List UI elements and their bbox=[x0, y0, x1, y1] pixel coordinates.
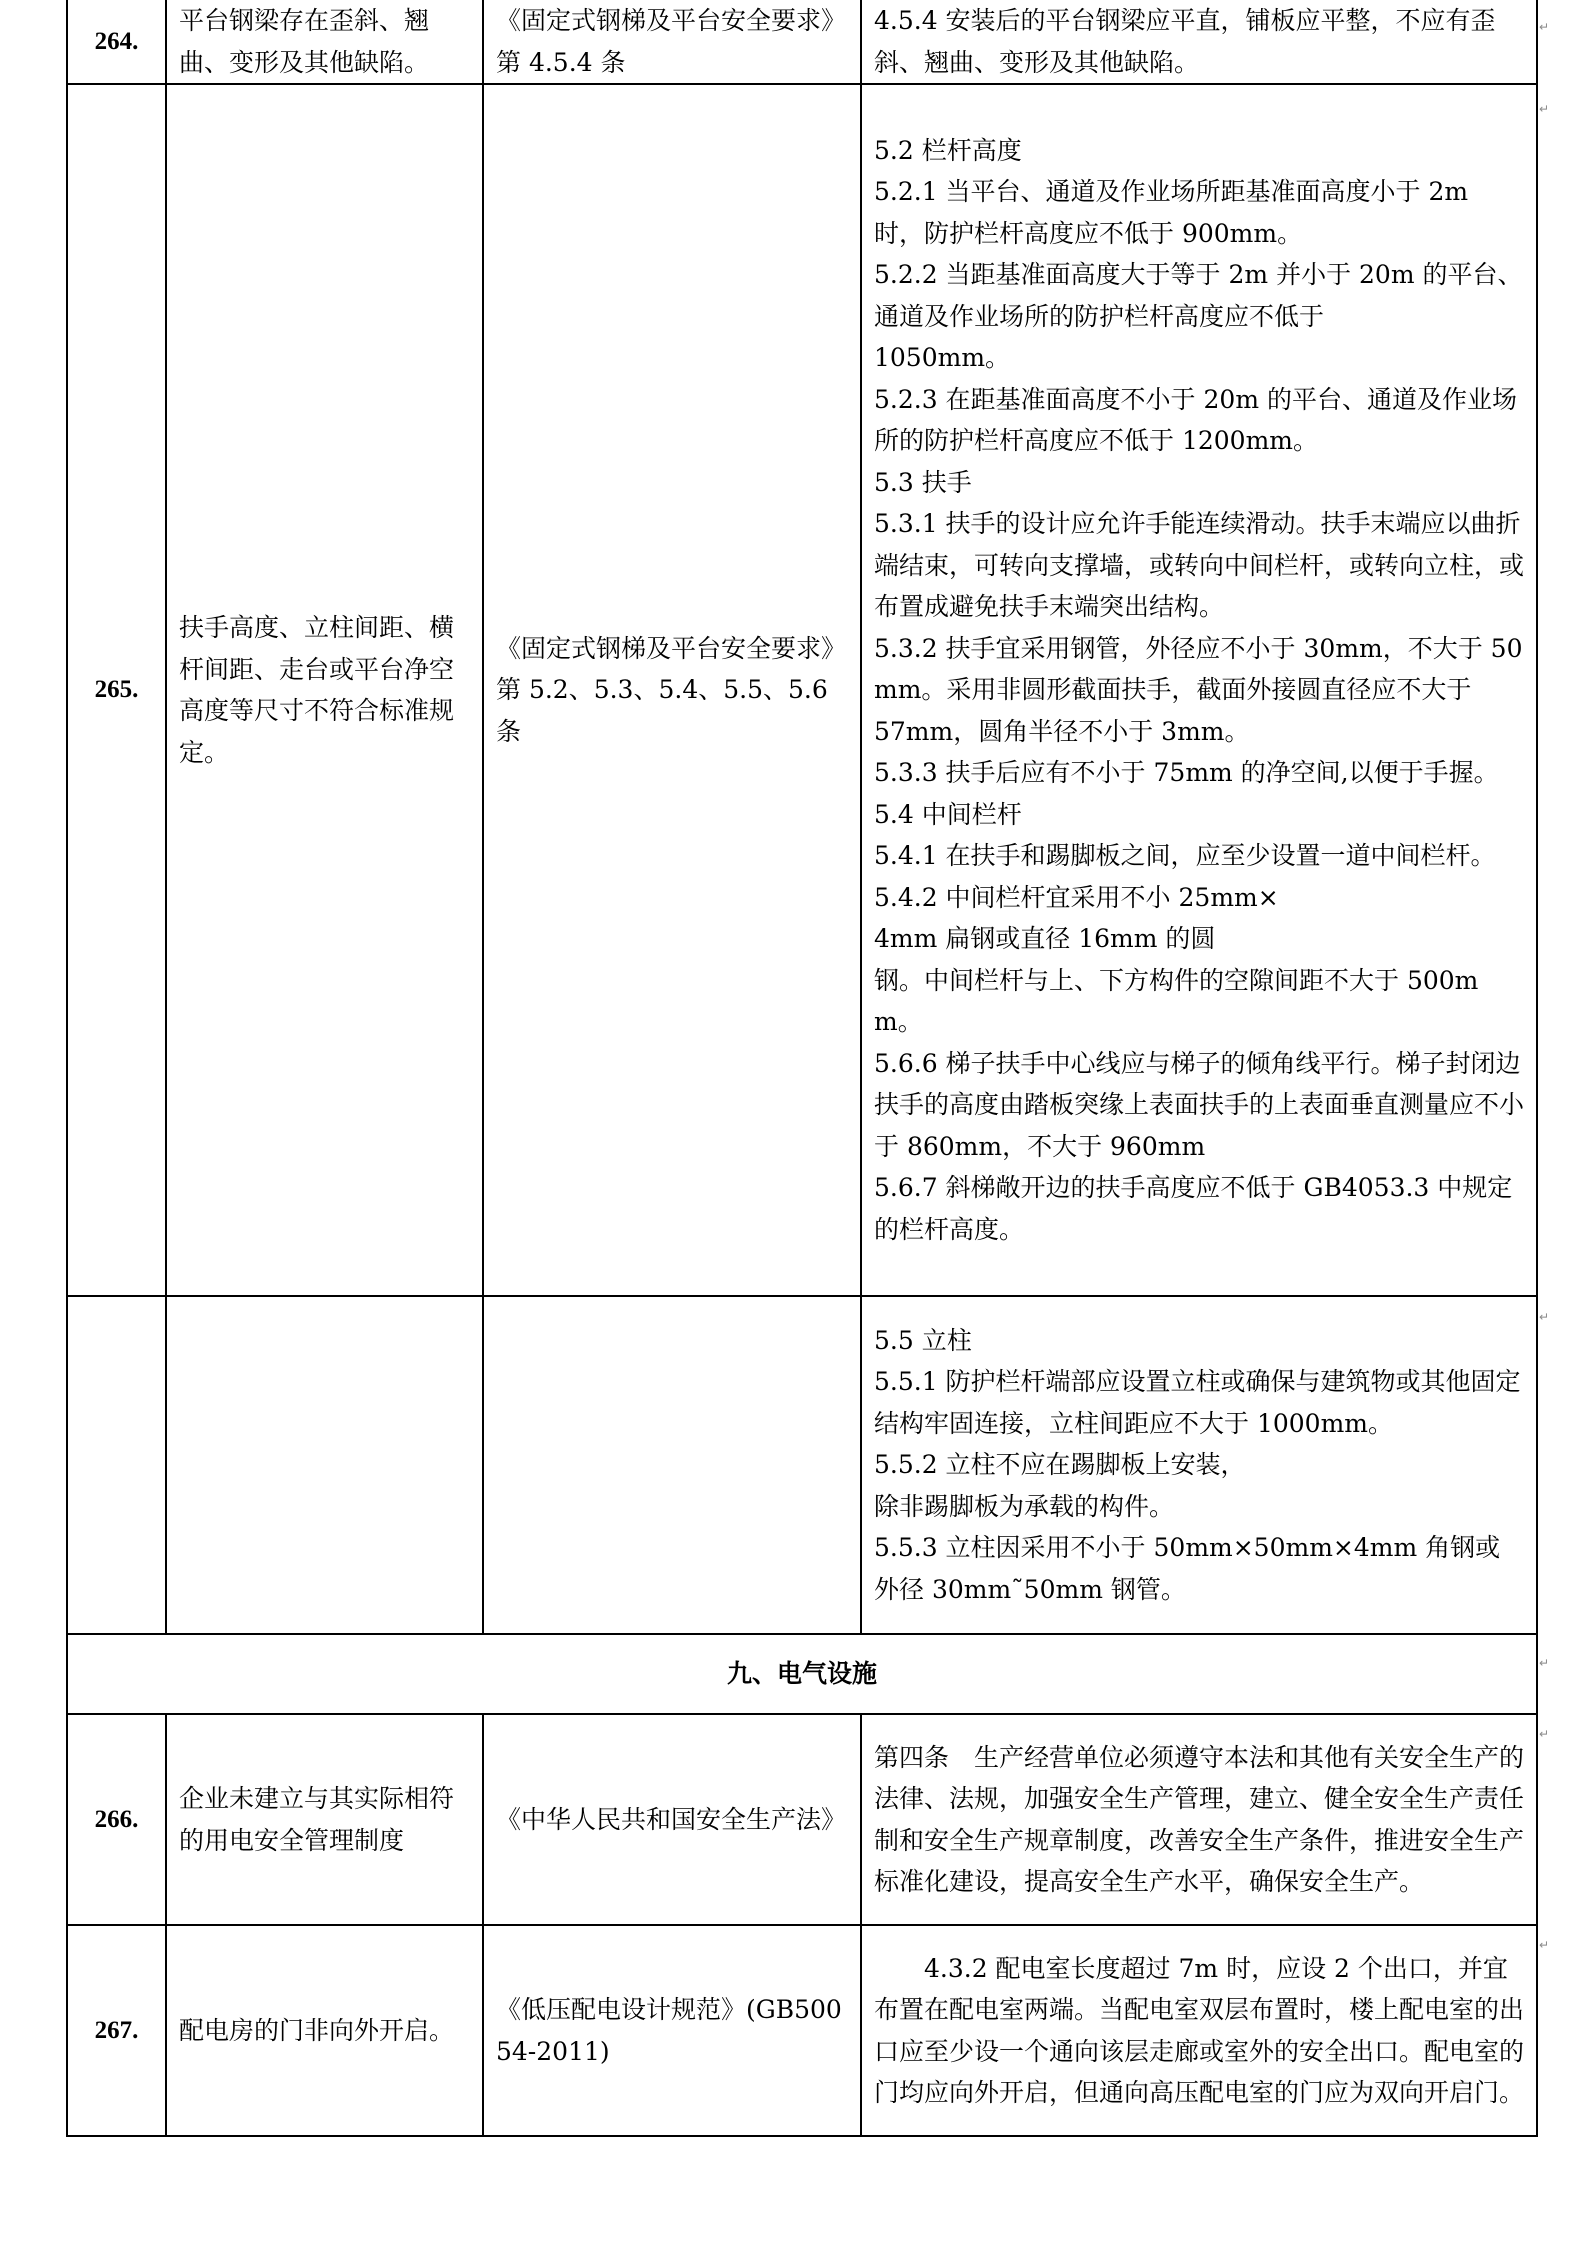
paragraph-mark-icon: ↵ bbox=[1539, 1310, 1549, 1324]
paragraph-mark-icon: ↵ bbox=[1539, 1656, 1549, 1670]
clause-line: 5.2.1 当平台、通道及作业场所距基准面高度小于 2m 时，防护栏杆高度应不低… bbox=[874, 171, 1524, 254]
paragraph-mark-icon: ↵ bbox=[1539, 1938, 1549, 1952]
row-number: 264. bbox=[67, 0, 166, 84]
clause-line: 5.6.7 斜梯敞开边的扶手高度应不低于 GB4053.3 中规定的栏杆高度。 bbox=[874, 1167, 1524, 1250]
table-row-264: 264. 平台钢梁存在歪斜、翘曲、变形及其他缺陷。 《固定式钢梯及平台安全要求》… bbox=[67, 0, 1537, 84]
clause-line: 5.5 立柱 bbox=[874, 1320, 1524, 1362]
issue-description: 平台钢梁存在歪斜、翘曲、变形及其他缺陷。 bbox=[166, 0, 483, 84]
clause-line: 5.2.2 当距基准面高度大于等于 2m 并小于 20m 的平台、通道及作业场所… bbox=[874, 254, 1524, 337]
clause-line: 钢。中间栏杆与上、下方构件的空隙间距不大于 500mm。 bbox=[874, 960, 1524, 1043]
clause-line: 57mm，圆角半径不小于 3mm。 bbox=[874, 711, 1524, 753]
clause-line: 5.4.2 中间栏杆宜采用不小 25mm× bbox=[874, 877, 1524, 919]
paragraph-mark-icon: ↵ bbox=[1539, 20, 1549, 34]
clause-line: 第四条 生产经营单位必须遵守本法和其他有关安全生产的法律、法规，加强安全生产管理… bbox=[874, 1737, 1524, 1903]
clause-line: 除非踢脚板为承载的构件。 bbox=[874, 1486, 1524, 1528]
document-page: 264. 平台钢梁存在歪斜、翘曲、变形及其他缺陷。 《固定式钢梯及平台安全要求》… bbox=[66, 0, 1536, 2137]
table-row-267: 267. 配电房的门非向外开启。 《低压配电设计规范》(GB50054-2011… bbox=[67, 1925, 1537, 2136]
table-row-265-continued: 5.5 立柱 5.5.1 防护栏杆端部应设置立柱或确保与建筑物或其他固定结构牢固… bbox=[67, 1296, 1537, 1634]
clause-line: 4.3.2 配电室长度超过 7m 时，应设 2 个出口，并宜布置在配电室两端。当… bbox=[874, 1948, 1524, 2114]
paragraph-mark-icon: ↵ bbox=[1539, 1727, 1549, 1741]
issue-description bbox=[166, 1296, 483, 1634]
clause-text: 4.3.2 配电室长度超过 7m 时，应设 2 个出口，并宜布置在配电室两端。当… bbox=[861, 1925, 1537, 2136]
clause-line: 1050mm。 bbox=[874, 337, 1524, 379]
paragraph-mark-icon: ↵ bbox=[1539, 102, 1549, 116]
clause-line: 5.4 中间栏杆 bbox=[874, 794, 1524, 836]
row-number bbox=[67, 1296, 166, 1634]
clause-line: 5.5.2 立柱不应在踢脚板上安装， bbox=[874, 1444, 1524, 1486]
clause-line: 5.2.3 在距基准面高度不小于 20m 的平台、通道及作业场所的防护栏杆高度应… bbox=[874, 379, 1524, 462]
clause-text: 4.5.4 安装后的平台钢梁应平直，铺板应平整，不应有歪斜、翘曲、变形及其他缺陷… bbox=[861, 0, 1537, 84]
table-row-265: 265. 扶手高度、立柱间距、横杆间距、走台或平台净空高度等尺寸不符合标准规定。… bbox=[67, 84, 1537, 1296]
clause-text: 5.2 栏杆高度 5.2.1 当平台、通道及作业场所距基准面高度小于 2m 时，… bbox=[861, 84, 1537, 1296]
issue-description: 扶手高度、立柱间距、横杆间距、走台或平台净空高度等尺寸不符合标准规定。 bbox=[166, 84, 483, 1296]
table-row-266: 266. 企业未建立与其实际相符的用电安全管理制度 《中华人民共和国安全生产法》… bbox=[67, 1714, 1537, 1925]
clause-text: 5.5 立柱 5.5.1 防护栏杆端部应设置立柱或确保与建筑物或其他固定结构牢固… bbox=[861, 1296, 1537, 1634]
section-heading-row: 九、电气设施 bbox=[67, 1634, 1537, 1714]
clause-line: 5.6.6 梯子扶手中心线应与梯子的倾角线平行。梯子封闭边扶手的高度由踏板突缘上… bbox=[874, 1043, 1524, 1168]
legal-basis bbox=[483, 1296, 861, 1634]
clause-line: 5.4.1 在扶手和踢脚板之间，应至少设置一道中间栏杆。 bbox=[874, 835, 1524, 877]
clause-line: 5.2 栏杆高度 bbox=[874, 130, 1524, 172]
row-number: 265. bbox=[67, 84, 166, 1296]
clause-line: 4mm 扁钢或直径 16mm 的圆 bbox=[874, 918, 1524, 960]
clause-text: 第四条 生产经营单位必须遵守本法和其他有关安全生产的法律、法规，加强安全生产管理… bbox=[861, 1714, 1537, 1925]
clause-line: 5.5.3 立柱因采用不小于 50mm×50mm×4mm 角钢或外径 30mm˜… bbox=[874, 1527, 1524, 1610]
issue-description: 企业未建立与其实际相符的用电安全管理制度 bbox=[166, 1714, 483, 1925]
clause-line: 4.5.4 安装后的平台钢梁应平直，铺板应平整，不应有歪斜、翘曲、变形及其他缺陷… bbox=[874, 0, 1524, 83]
regulation-table: 264. 平台钢梁存在歪斜、翘曲、变形及其他缺陷。 《固定式钢梯及平台安全要求》… bbox=[66, 0, 1538, 2137]
section-title: 九、电气设施 bbox=[67, 1634, 1537, 1714]
row-number: 267. bbox=[67, 1925, 166, 2136]
clause-line: 5.3 扶手 bbox=[874, 462, 1524, 504]
legal-basis: 《中华人民共和国安全生产法》 bbox=[483, 1714, 861, 1925]
clause-line: 5.3.1 扶手的设计应允许手能连续滑动。扶手末端应以曲折端结束，可转向支撑墙，… bbox=[874, 503, 1524, 628]
clause-line: 5.5.1 防护栏杆端部应设置立柱或确保与建筑物或其他固定结构牢固连接，立柱间距… bbox=[874, 1361, 1524, 1444]
legal-basis: 《固定式钢梯及平台安全要求》第 4.5.4 条 bbox=[483, 0, 861, 84]
clause-line: 5.3.2 扶手宜采用钢管，外径应不小于 30mm，不大于 50mm。采用非圆形… bbox=[874, 628, 1524, 711]
clause-line: 5.3.3 扶手后应有不小于 75mm 的净空间,以便于手握。 bbox=[874, 752, 1524, 794]
legal-basis: 《低压配电设计规范》(GB50054-2011) bbox=[483, 1925, 861, 2136]
issue-description: 配电房的门非向外开启。 bbox=[166, 1925, 483, 2136]
legal-basis: 《固定式钢梯及平台安全要求》第 5.2、5.3、5.4、5.5、5.6 条 bbox=[483, 84, 861, 1296]
row-number: 266. bbox=[67, 1714, 166, 1925]
